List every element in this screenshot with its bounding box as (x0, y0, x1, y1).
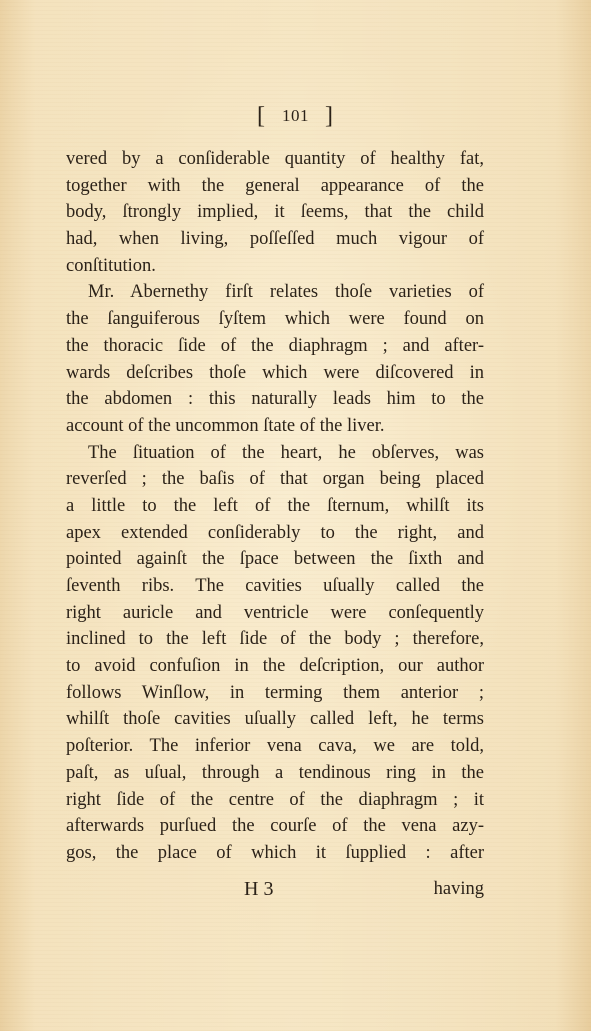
text-line: inclined to the left ſide of the body ; … (66, 626, 484, 653)
text-line: vered by a conſiderable quantity of heal… (66, 146, 484, 173)
text-line: follows Winſlow, in terming them anterio… (66, 680, 484, 707)
text-line: together with the general appearance of … (66, 173, 484, 200)
catchword: having (434, 876, 484, 902)
body-text: vered by a conſiderable quantity of heal… (66, 146, 484, 867)
page-footer: H 3 having (66, 876, 484, 902)
book-page: [101] vered by a conſiderable quantity o… (0, 0, 591, 1031)
text-line: wards deſcribes thoſe which were diſcove… (66, 360, 484, 387)
text-line: whilſt thoſe cavities uſually called lef… (66, 706, 484, 733)
text-line: afterwards purſued the courſe of the ven… (66, 813, 484, 840)
text-line: right ſide of the centre of the diaphrag… (66, 787, 484, 814)
text-line: conſtitution. (66, 253, 484, 280)
text-line: reverſed ; the baſis of that organ being… (66, 466, 484, 493)
text-line: a little to the left of the ſternum, whi… (66, 493, 484, 520)
right-bracket: ] (325, 103, 334, 129)
page-header: [101] (0, 103, 591, 130)
text-line: the thoracic ſide of the diaphragm ; and… (66, 333, 484, 360)
left-bracket: [ (257, 103, 266, 129)
text-line: gos, the place of which it ſupplied : af… (66, 840, 484, 867)
text-line: to avoid confuſion in the deſcription, o… (66, 653, 484, 680)
text-line: right auricle and ventricle were conſequ… (66, 600, 484, 627)
text-line: account of the uncommon ſtate of the liv… (66, 413, 484, 440)
text-line: pointed againſt the ſpace between the ſi… (66, 546, 484, 573)
page-number: 101 (282, 106, 309, 125)
text-line: The ſituation of the heart, he obſerves,… (66, 440, 484, 467)
text-line: body, ſtrongly implied, it ſeems, that t… (66, 199, 484, 226)
text-line: the ſanguiferous ſyſtem which were found… (66, 306, 484, 333)
text-line: poſterior. The inferior vena cava, we ar… (66, 733, 484, 760)
text-line: paſt, as uſual, through a tendinous ring… (66, 760, 484, 787)
text-line: had, when living, poſſeſſed much vigour … (66, 226, 484, 253)
signature-mark: H 3 (244, 876, 273, 902)
text-line: ſeventh ribs. The cavities uſually calle… (66, 573, 484, 600)
text-line: Mr. Abernethy firſt relates thoſe variet… (66, 279, 484, 306)
text-line: the abdomen : this naturally leads him t… (66, 386, 484, 413)
text-line: apex extended conſiderably to the right,… (66, 520, 484, 547)
